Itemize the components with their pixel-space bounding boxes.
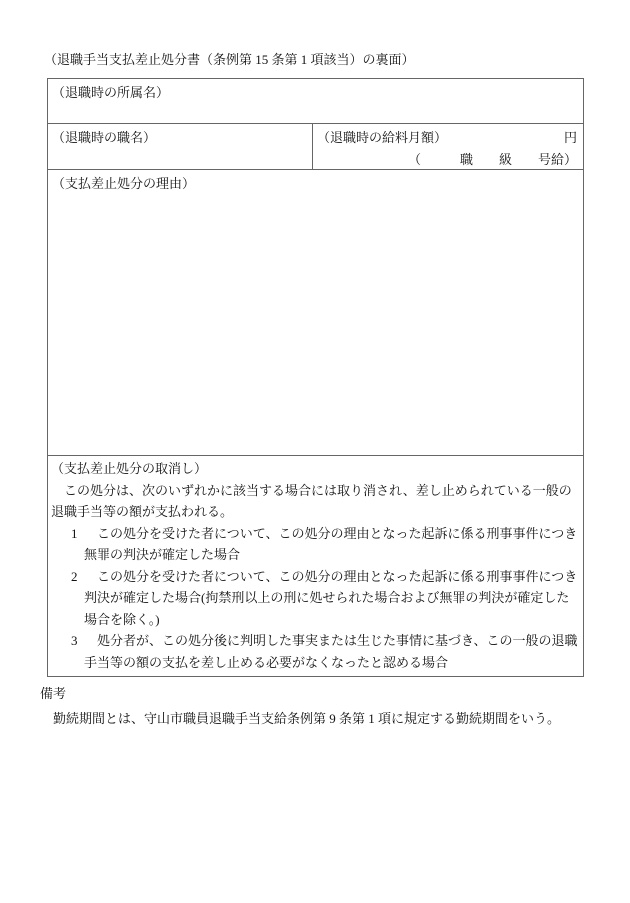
remarks-note: 勤続期間とは、守山市職員退職手当支給条例第 9 条第 1 項に規定する勤続期間を… <box>40 708 590 730</box>
item-number: 3 <box>71 630 97 652</box>
salary-grade-line: （ 職 級 号給） <box>317 149 577 171</box>
cancellation-item-3: 3処分者が、この処分後に判明した事実または生じた事情に基づき、この一般の退職手当… <box>51 630 580 673</box>
document-page: （退職手当支払差止処分書（条例第 15 条第 1 項該当）の裏面） （退職時の所… <box>0 0 630 903</box>
cancellation-cell: （支払差止処分の取消し） この処分は、次のいずれかに該当する場合には取り消され、… <box>48 455 583 676</box>
remarks-label: 備考 <box>40 683 590 705</box>
cancellation-label: （支払差止処分の取消し） <box>51 458 580 480</box>
reason-cell: （支払差止処分の理由） <box>48 169 583 455</box>
document-title: （退職手当支払差止処分書（条例第 15 条第 1 項該当）の裏面） <box>44 51 415 68</box>
item-text: この処分を受けた者について、この処分の理由となった起訴に係る刑事事件につき判決が… <box>84 569 577 627</box>
salary-unit-label: 円 <box>564 127 577 149</box>
affiliation-cell: （退職時の所属名） <box>48 79 583 123</box>
item-text: 処分者が、この処分後に判明した事実または生じた事情に基づき、この一般の退職手当等… <box>84 633 577 670</box>
cancellation-intro: この処分は、次のいずれかに該当する場合には取り消され、差し止められている一般の退… <box>51 480 580 523</box>
job-title-label: （退職時の職名） <box>52 130 156 145</box>
job-title-cell: （退職時の職名） <box>48 124 313 169</box>
cancellation-item-1: 1この処分を受けた者について、この処分の理由となった起訴に係る刑事事件につき無罪… <box>51 523 580 566</box>
item-number: 1 <box>71 523 97 545</box>
affiliation-label: （退職時の所属名） <box>52 85 169 100</box>
cancellation-item-2: 2この処分を受けた者について、この処分の理由となった起訴に係る刑事事件につき判決… <box>51 566 580 631</box>
form-table: （退職時の所属名） （退職時の職名） （退職時の給料月額） 円 （ 職 級 号給… <box>47 78 584 677</box>
item-text: この処分を受けた者について、この処分の理由となった起訴に係る刑事事件につき無罪の… <box>84 526 577 563</box>
job-salary-row: （退職時の職名） （退職時の給料月額） 円 （ 職 級 号給） <box>48 123 583 169</box>
item-number: 2 <box>71 566 97 588</box>
salary-label: （退職時の給料月額） <box>317 127 447 149</box>
salary-cell: （退職時の給料月額） 円 （ 職 級 号給） <box>313 124 583 169</box>
reason-label: （支払差止処分の理由） <box>52 176 195 191</box>
remarks-section: 備考 勤続期間とは、守山市職員退職手当支給条例第 9 条第 1 項に規定する勤続… <box>40 683 590 730</box>
salary-line: （退職時の給料月額） 円 <box>317 127 577 149</box>
